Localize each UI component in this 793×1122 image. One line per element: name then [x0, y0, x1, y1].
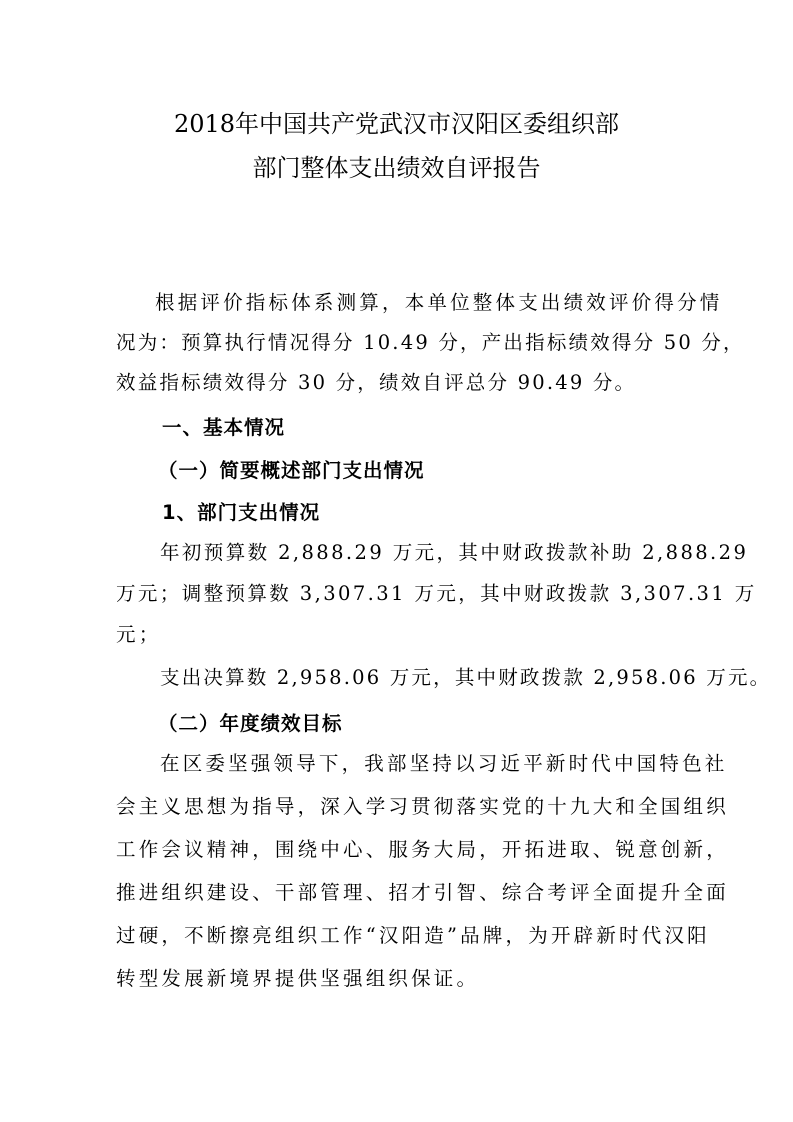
goals-line-6: 转型发展新境界提供坚强组织保证。 [116, 963, 479, 991]
expenditure-line-4: 支出决算数 2,958.06 万元，其中财政拨款 2,958.06 万元。 [160, 662, 771, 690]
document-title-line-2: 部门整体支出绩效自评报告 [0, 148, 793, 183]
document-page: 2018年中国共产党武汉市汉阳区委组织部 部门整体支出绩效自评报告 根据评价指标… [0, 0, 793, 1122]
intro-line-3: 效益指标绩效得分 30 分，绩效自评总分 90.49 分。 [116, 367, 636, 395]
expenditure-line-3: 元； [116, 619, 161, 647]
document-title-line-1: 2018年中国共产党武汉市汉阳区委组织部 [0, 104, 793, 139]
item-heading-department-expenditure: 1、部门支出情况 [162, 497, 320, 525]
subsection-heading-annual-goals: （二）年度绩效目标 [158, 708, 343, 736]
subsection-heading-expenditure-overview: （一）简要概述部门支出情况 [158, 455, 425, 483]
intro-line-2: 况为：预算执行情况得分 10.49 分，产出指标绩效得分 50 分， [116, 327, 745, 355]
goals-line-5: 过硬，不断擦亮组织工作“汉阳造”品牌，为开辟新时代汉阳 [116, 920, 710, 948]
intro-line-1: 根据评价指标体系测算，本单位整体支出绩效评价得分情 [155, 287, 723, 315]
goals-line-1: 在区委坚强领导下，我部坚持以习近平新时代中国特色社 [160, 748, 728, 776]
goals-line-4: 推进组织建设、干部管理、招才引智、综合考评全面提升全面 [116, 877, 729, 905]
goals-line-2: 会主义思想为指导，深入学习贯彻落实党的十九大和全国组织 [116, 791, 729, 819]
section-heading-basic-info: 一、基本情况 [162, 412, 285, 440]
goals-line-3: 工作会议精神，围绕中心、服务大局，开拓进取、锐意创新， [116, 834, 729, 862]
expenditure-line-2: 万元；调整预算数 3,307.31 万元，其中财政拨款 3,307.31 万 [116, 578, 757, 606]
expenditure-line-1: 年初预算数 2,888.29 万元，其中财政拨款补助 2,888.29 [160, 537, 748, 565]
